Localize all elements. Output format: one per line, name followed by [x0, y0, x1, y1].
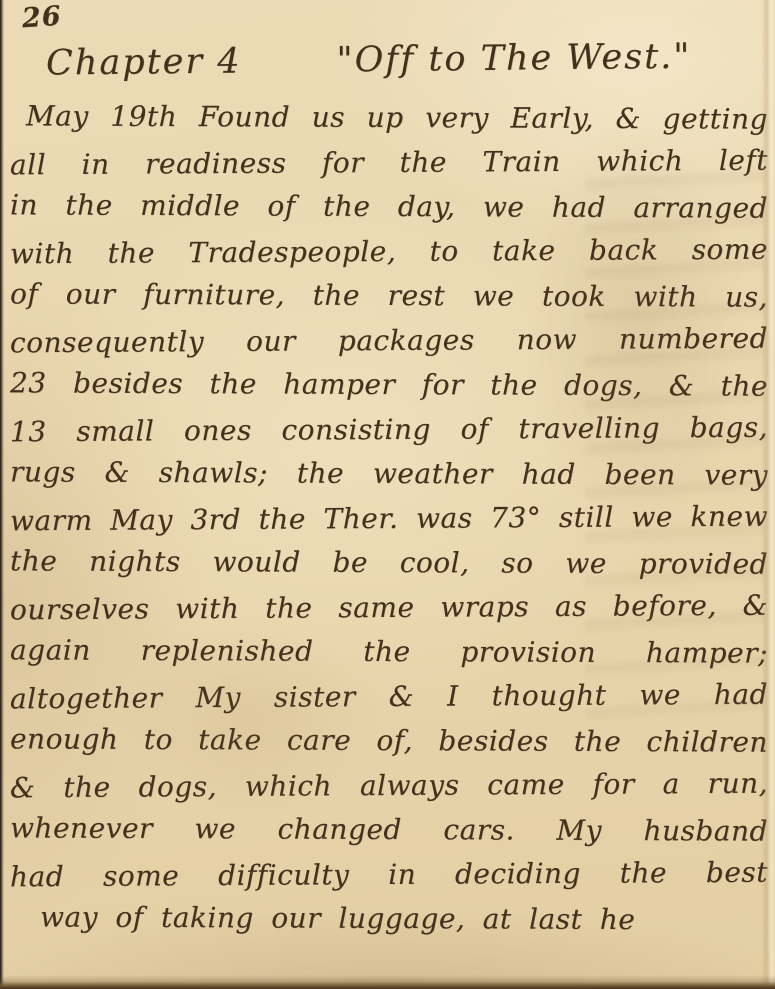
- manuscript-line: in the middle of the day, we had arrange…: [10, 183, 768, 231]
- chapter-label: Chapter 4: [46, 41, 242, 83]
- page-left-edge: [0, 0, 4, 989]
- manuscript-line: warm May 3rd the Ther. was 73° still we …: [10, 494, 768, 543]
- manuscript-line: & the dogs, which always came for a run,: [10, 761, 768, 810]
- manuscript-line: had some difficulty in deciding the best: [10, 850, 768, 899]
- manuscript-line: May 19th Found us up very Early, & getti…: [10, 94, 768, 142]
- manuscript-line: of our furniture, the rest we took with …: [10, 272, 768, 320]
- manuscript-line: consequently our packages now numbered: [10, 316, 768, 365]
- chapter-title: "Off to The West.": [336, 37, 691, 81]
- page-bottom-edge: [0, 975, 775, 989]
- manuscript-line: all in readiness for the Train which lef…: [10, 138, 768, 187]
- manuscript-line: ourselves with the same wraps as before,…: [10, 583, 768, 632]
- page-number: 26: [21, 1, 63, 35]
- manuscript-line: altogether My sister & I thought we had: [10, 672, 768, 721]
- manuscript-line: 13 small ones consisting of travelling b…: [10, 405, 768, 454]
- manuscript-line: 23 besides the hamper for the dogs, & th…: [10, 361, 768, 409]
- manuscript-page: 26 Chapter 4 "Off to The West." May 19th…: [0, 0, 775, 989]
- page-right-edge: [761, 0, 775, 989]
- manuscript-line: enough to take care of, besides the chil…: [10, 717, 768, 765]
- chapter-heading: Chapter 4 "Off to The West.": [46, 36, 715, 83]
- manuscript-line: way of taking our luggage, at last he: [10, 895, 768, 943]
- manuscript-line: whenever we changed cars. My husband: [10, 806, 768, 854]
- manuscript-line: again replenished the provision hamper;: [10, 628, 768, 676]
- manuscript-line: rugs & shawls; the weather had been very: [10, 450, 768, 498]
- manuscript-line: with the Tradespeople, to take back some: [10, 227, 768, 276]
- manuscript-line: the nights would be cool, so we provided: [10, 539, 768, 587]
- diary-body-text: May 19th Found us up very Early, & getti…: [10, 96, 768, 942]
